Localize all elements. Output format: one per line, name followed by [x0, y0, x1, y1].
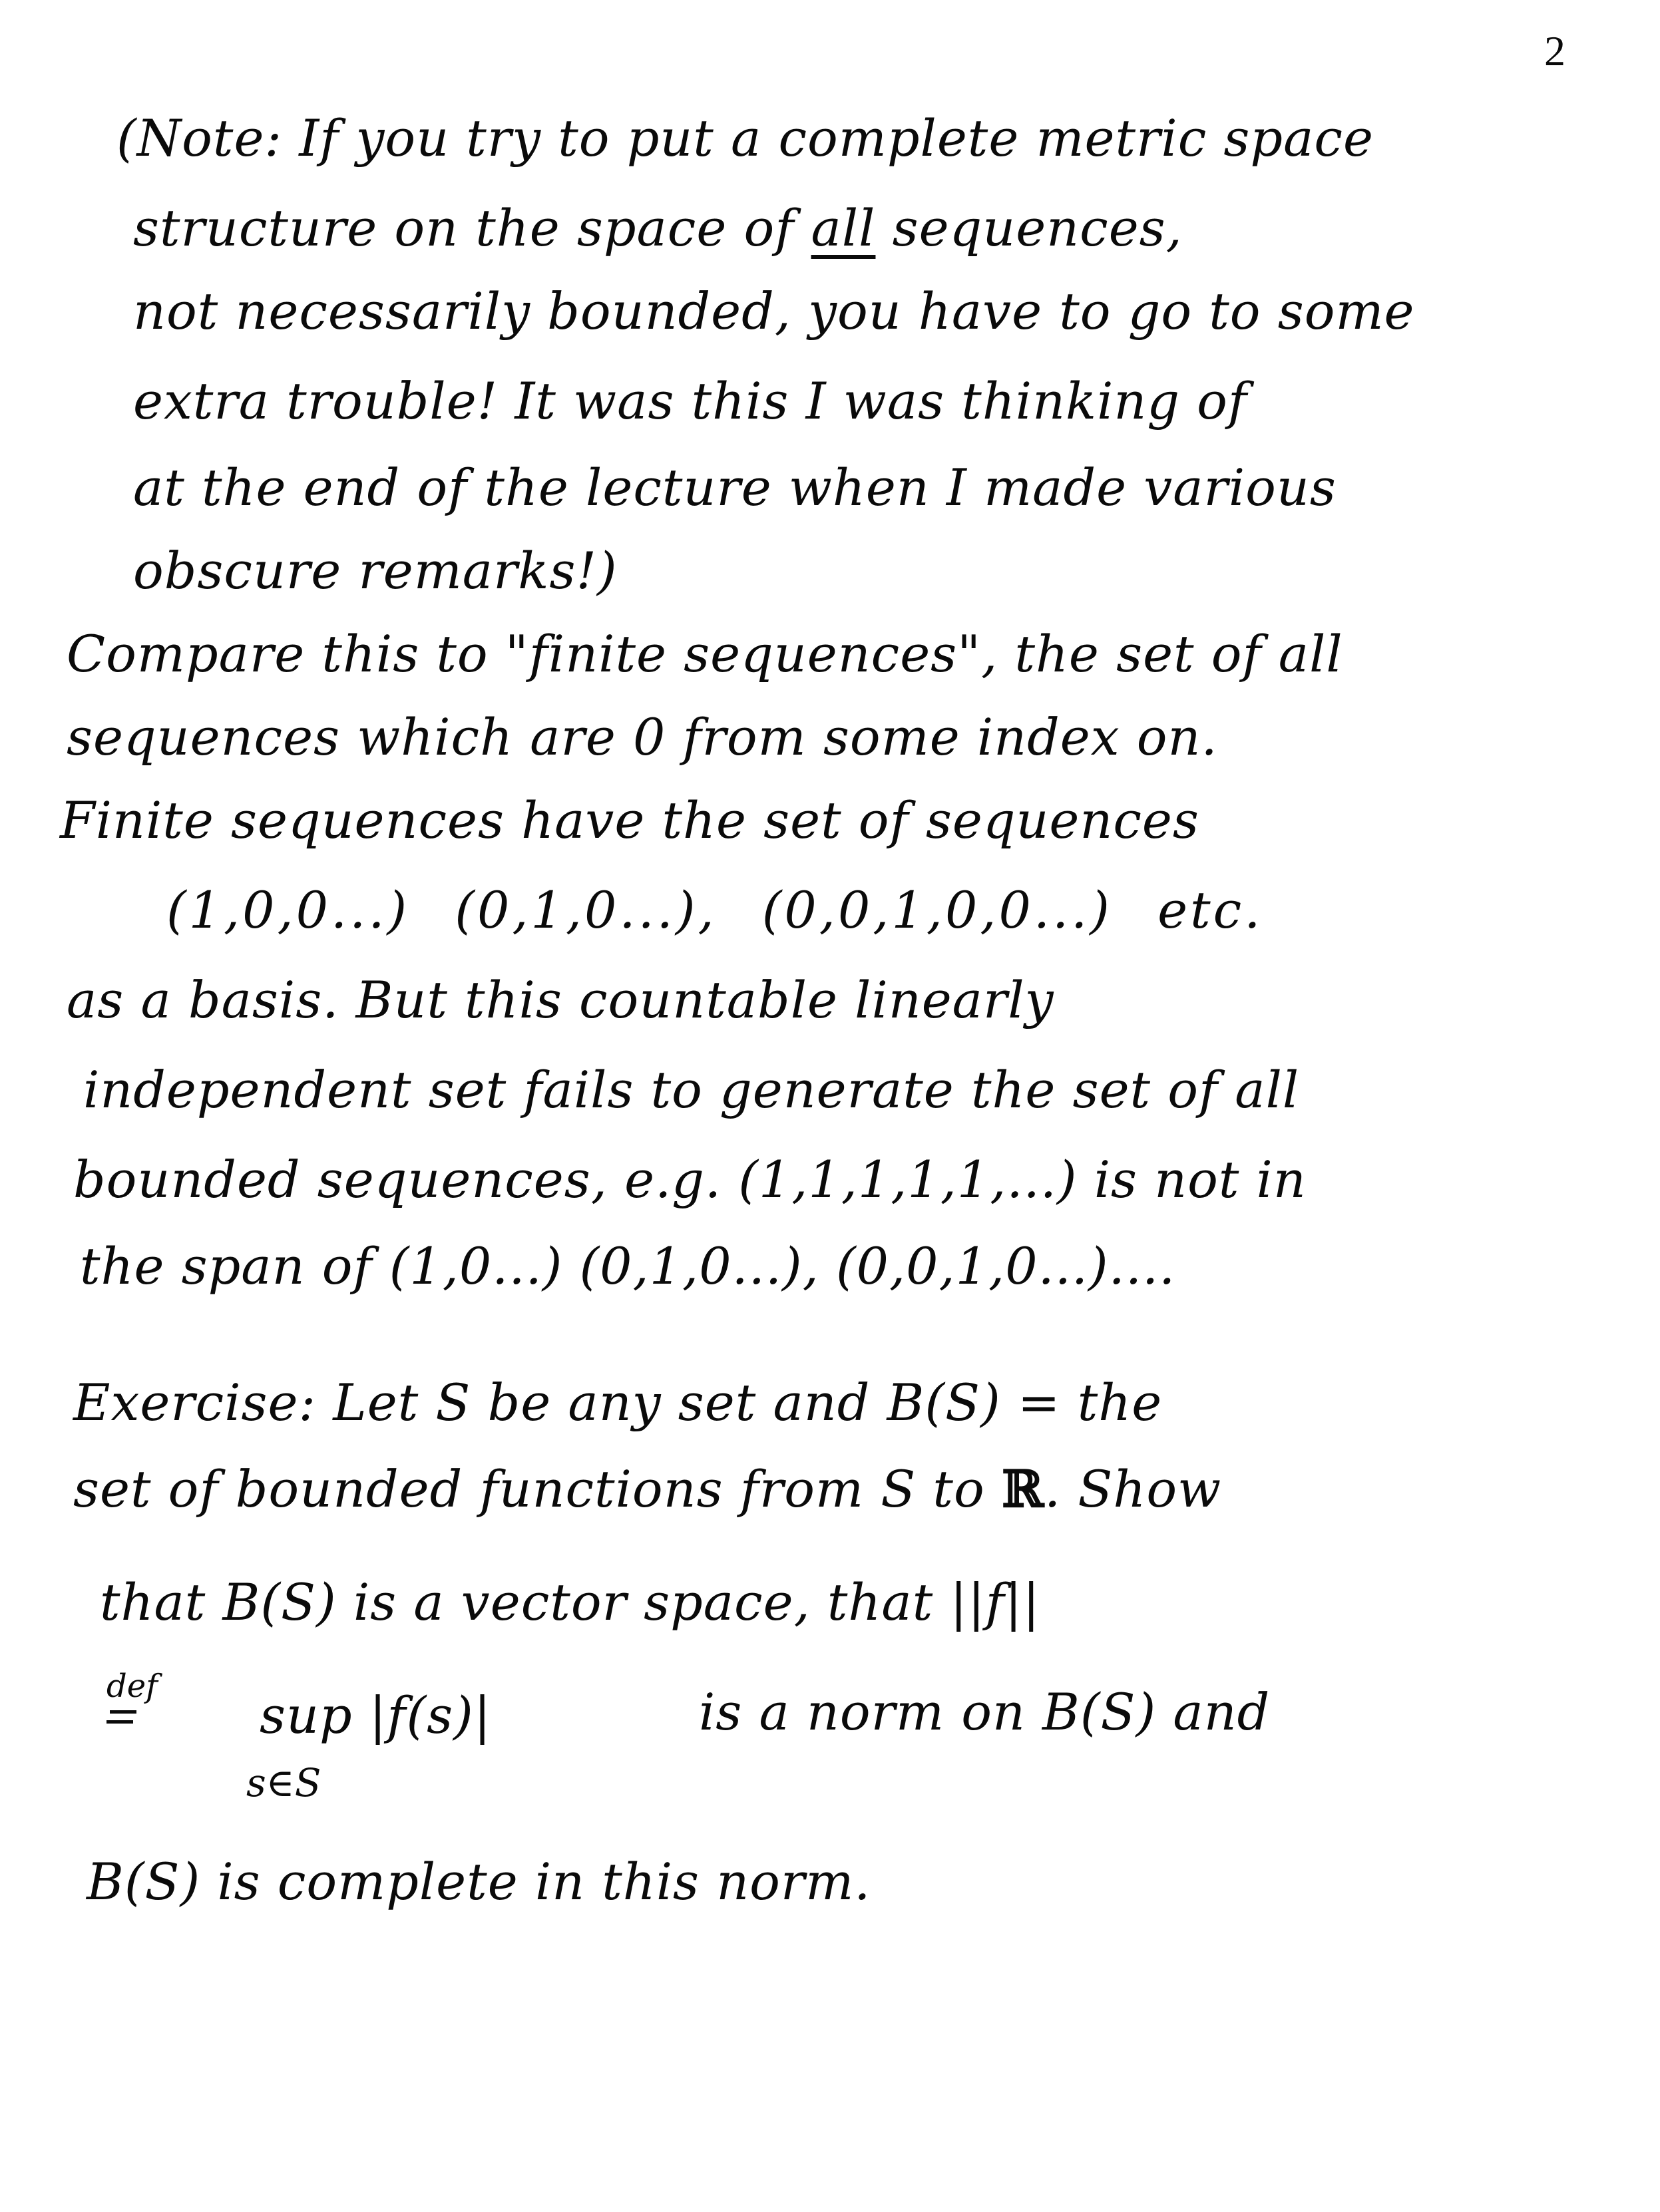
- comparison-line-3: Finite sequences have the set of sequenc…: [60, 795, 1199, 846]
- exercise-line-5: B(S) is complete in this norm.: [87, 1857, 871, 1907]
- exercise-line-3: that B(S) is a vector space, that ||f||: [100, 1577, 1040, 1628]
- sup-subscript: s∈S: [246, 1763, 321, 1802]
- note-line-2-tail: sequences,: [875, 198, 1182, 258]
- note-line-4: extra trouble! It was this I was thinkin…: [133, 376, 1247, 427]
- emphasis-all: all: [811, 198, 876, 258]
- note-line-1: (Note: If you try to put a complete metr…: [116, 113, 1374, 164]
- comparison-line-4: as a basis. But this countable linearly: [67, 975, 1054, 1025]
- def-bar-2: [106, 1720, 133, 1724]
- def-label: def: [106, 1670, 158, 1702]
- comparison-line-6: bounded sequences, e.g. (1,1,1,1,1,...) …: [73, 1155, 1307, 1205]
- exercise-line-2: set of bounded functions from S to ℝ. Sh…: [73, 1464, 1221, 1515]
- def-bar-1: [110, 1710, 136, 1714]
- exercise-line-4: is a norm on B(S) and: [699, 1687, 1270, 1738]
- basis-sequences: (1,0,0...) (0,1,0...), (0,0,1,0,0...) et…: [166, 885, 1263, 936]
- comparison-line-1: Compare this to "finite sequences", the …: [67, 629, 1343, 679]
- note-line-3: not necessarily bounded, you have to go …: [133, 286, 1415, 337]
- exercise-line-2-text: set of bounded functions from S to: [73, 1459, 1002, 1519]
- comparison-line-2: sequences which are 0 from some index on…: [67, 712, 1218, 763]
- note-line-2-head: structure on the space of: [133, 198, 811, 258]
- exercise-line-1: Exercise: Let S be any set and B(S) = th…: [73, 1378, 1162, 1428]
- reals-symbol: ℝ: [1002, 1459, 1044, 1519]
- sup-expression: sup |f(s)|: [260, 1690, 491, 1741]
- note-line-5: at the end of the lecture when I made va…: [133, 462, 1337, 513]
- comparison-line-5: independent set fails to generate the se…: [83, 1065, 1299, 1115]
- comparison-line-7: the span of (1,0...) (0,1,0...), (0,0,1,…: [80, 1241, 1175, 1292]
- exercise-line-2-suffix: . Show: [1044, 1459, 1221, 1519]
- note-line-6: obscure remarks!): [133, 546, 618, 596]
- note-line-2: structure on the space of all sequences,: [133, 203, 1183, 254]
- page-number: 2: [1544, 27, 1565, 76]
